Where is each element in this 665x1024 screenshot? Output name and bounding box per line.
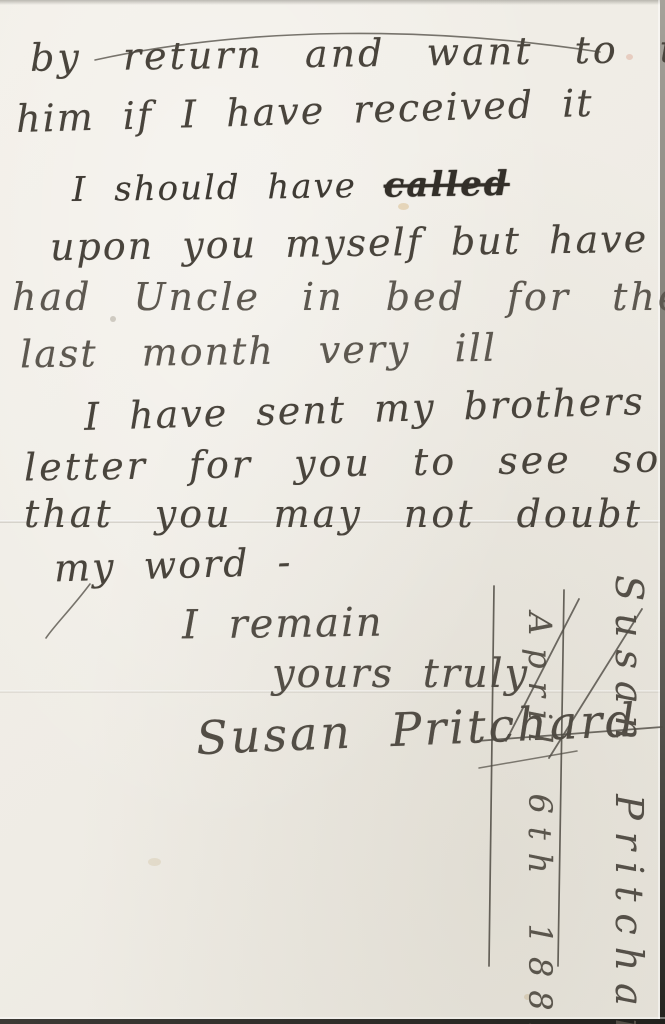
struck-word: called — [383, 164, 510, 206]
scan-edge-top — [0, 0, 665, 5]
letter-line-4: upon you myself but have — [50, 220, 649, 266]
letter-line-5: had Uncle in bed for the — [12, 278, 665, 316]
letter-line-6: last month very ill — [20, 329, 497, 374]
letter-line-7: I have sent my brothers — [84, 382, 646, 436]
letter-line-9: that you may not doubt — [24, 495, 643, 533]
scanned-letter-page: by return and want to tell him if I have… — [0, 0, 665, 1024]
docket-rule-line-1 — [489, 586, 494, 966]
scan-edge-bottom — [0, 1019, 665, 1024]
closing-remain: I remain — [182, 603, 384, 646]
y-descender-flourish — [46, 584, 90, 638]
letter-line-1: by return and want to tell — [30, 29, 665, 77]
docket-name: Susan Pritchard — [610, 575, 648, 1015]
signature: Susan Pritchard — [195, 697, 638, 761]
scan-edge-right — [660, 0, 665, 1024]
letter-line-10: my word - — [54, 543, 293, 588]
age-spot — [148, 858, 161, 866]
closing-valediction: yours truly — [272, 654, 529, 694]
letter-line-3: I should have called — [72, 167, 510, 207]
docket-date: April 6th 1882 — [524, 612, 556, 1010]
line-3-text: I should have — [72, 166, 384, 210]
letter-line-8: letter for you to see so — [24, 440, 662, 487]
letter-line-2: him if I have received it — [16, 84, 594, 138]
